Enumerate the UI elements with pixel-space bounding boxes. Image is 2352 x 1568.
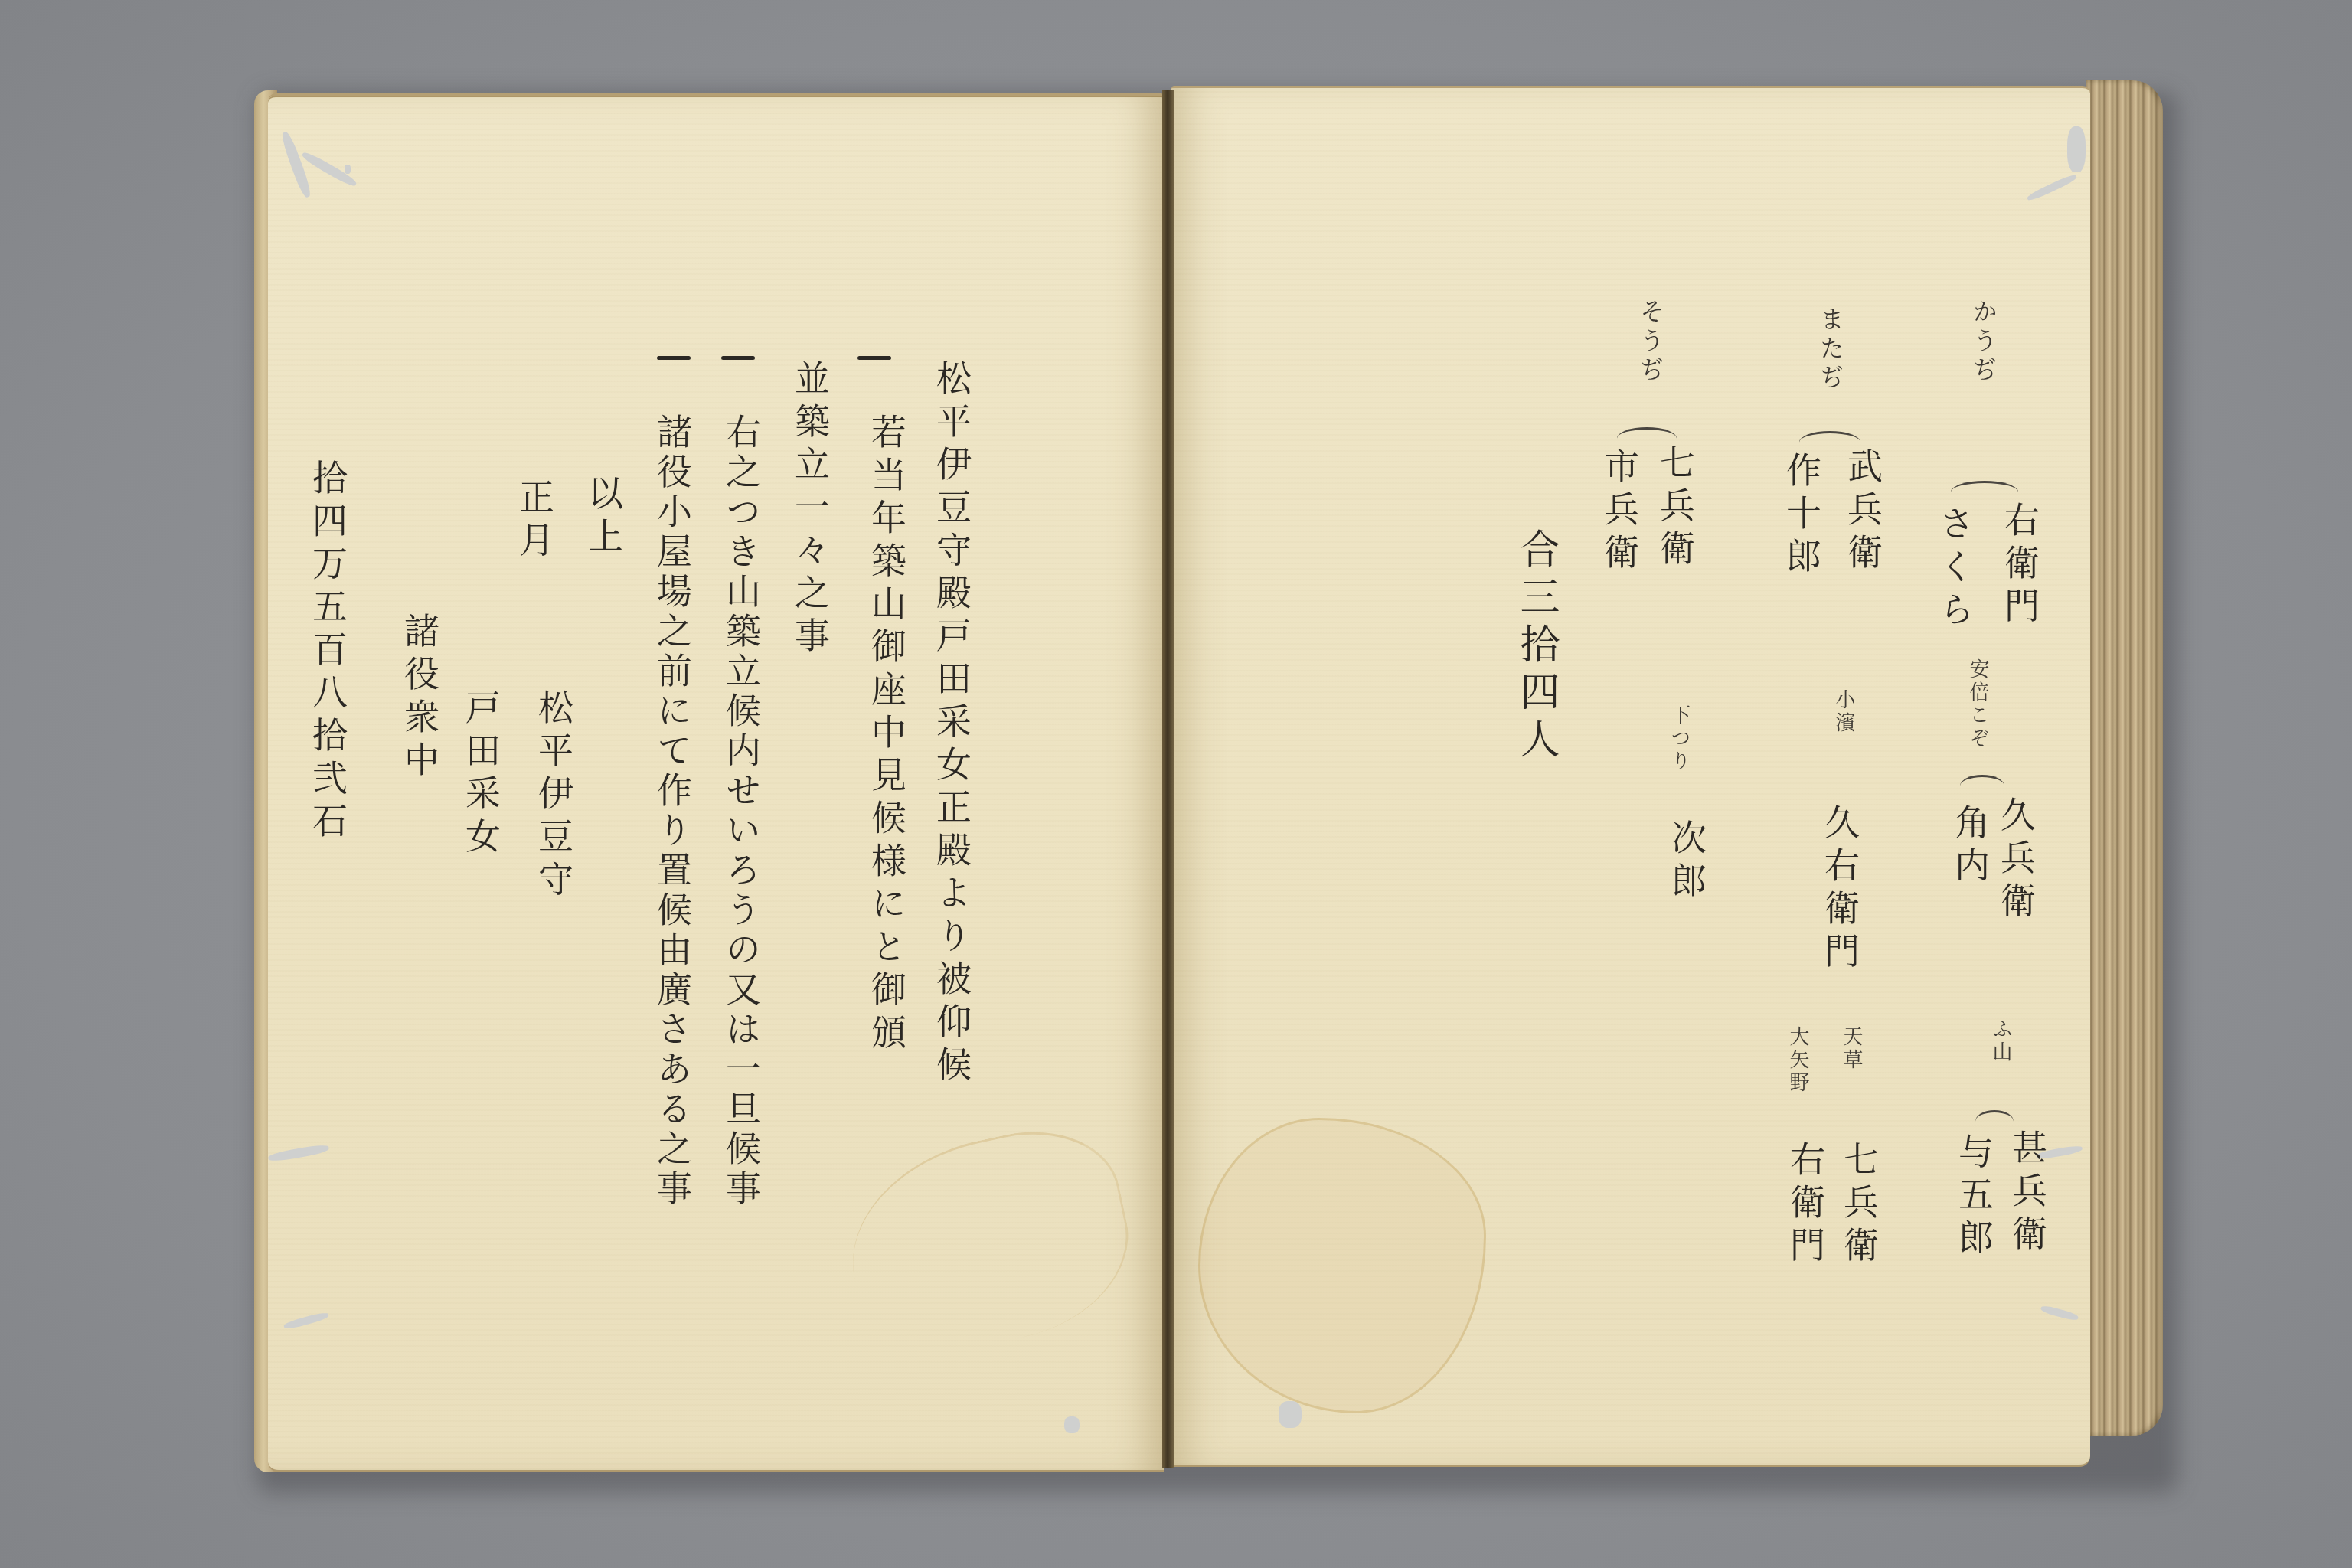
wormhole-tear xyxy=(1279,1401,1302,1428)
name-entry: 作十郎 xyxy=(1784,452,1819,580)
text-column: 並築立一々之事 xyxy=(792,360,828,660)
name-entry: 右衛門 xyxy=(2002,501,2037,630)
wormhole xyxy=(345,165,351,174)
bracket-arc xyxy=(1960,775,2004,797)
text-column: 以上 xyxy=(586,475,621,560)
village-label: かうぢ xyxy=(1971,299,1996,386)
village-label: 天草 xyxy=(1841,1026,1861,1072)
name-entry: 武兵衛 xyxy=(1845,448,1880,577)
text-column: 右之つき山築立候内せいろうの又は一旦候事 xyxy=(724,413,759,1210)
text-column: 若当年築山御座中見候様にと御頒 xyxy=(869,413,904,1057)
signature-column: 松平伊豆守 xyxy=(536,689,571,903)
village-label: 安倍こぞ xyxy=(1968,658,1988,750)
village-label: そうぢ xyxy=(1638,299,1663,386)
text-column: 諸役小屋場之前にて作り置候由廣さある之事 xyxy=(655,413,690,1210)
item-mark xyxy=(857,356,891,360)
book-gutter xyxy=(1162,90,1174,1468)
bracket-arc xyxy=(1951,481,2018,503)
name-entry: 久右衛門 xyxy=(1822,804,1857,975)
signature-column: 戸田采女 xyxy=(463,689,498,861)
photo-stage: 松平伊豆守殿戸田采女正殿より被仰候 若当年築山御座中見候様にと御頒 並築立一々之… xyxy=(0,0,2352,1568)
name-entry: 七兵衛 xyxy=(1841,1141,1877,1269)
village-label: 下つり xyxy=(1669,704,1689,773)
name-entry: 市兵衛 xyxy=(1602,448,1637,577)
village-label: 大矢野 xyxy=(1788,1026,1808,1095)
village-label: またぢ xyxy=(1818,306,1843,394)
name-entry: 次郎 xyxy=(1669,819,1704,905)
name-entry: 与五郎 xyxy=(1956,1133,1991,1262)
wormhole xyxy=(1064,1416,1080,1433)
addressee-column: 諸役衆中 xyxy=(402,612,437,784)
name-entry: 右衛門 xyxy=(1788,1141,1823,1269)
name-entry: 久兵衛 xyxy=(1998,796,2033,925)
wormhole-tear xyxy=(2067,126,2086,172)
total-column: 拾四万五百八拾弐石 xyxy=(310,459,345,845)
village-label: ふ山 xyxy=(1991,1018,2011,1064)
text-column: 正月 xyxy=(517,479,552,564)
village-label: 小濱 xyxy=(1834,689,1854,735)
total-people: 合三拾四人 xyxy=(1516,528,1556,766)
name-entry: さくら xyxy=(1937,505,1972,634)
name-entry: 甚兵衛 xyxy=(2010,1129,2045,1258)
text-column: 松平伊豆守殿戸田采女正殿より被仰候 xyxy=(934,360,969,1089)
item-mark xyxy=(657,356,691,360)
name-entry: 角内 xyxy=(1952,804,1988,890)
item-mark xyxy=(721,356,755,360)
right-page-block-edge xyxy=(2086,80,2163,1436)
name-entry: 七兵衛 xyxy=(1658,444,1693,573)
